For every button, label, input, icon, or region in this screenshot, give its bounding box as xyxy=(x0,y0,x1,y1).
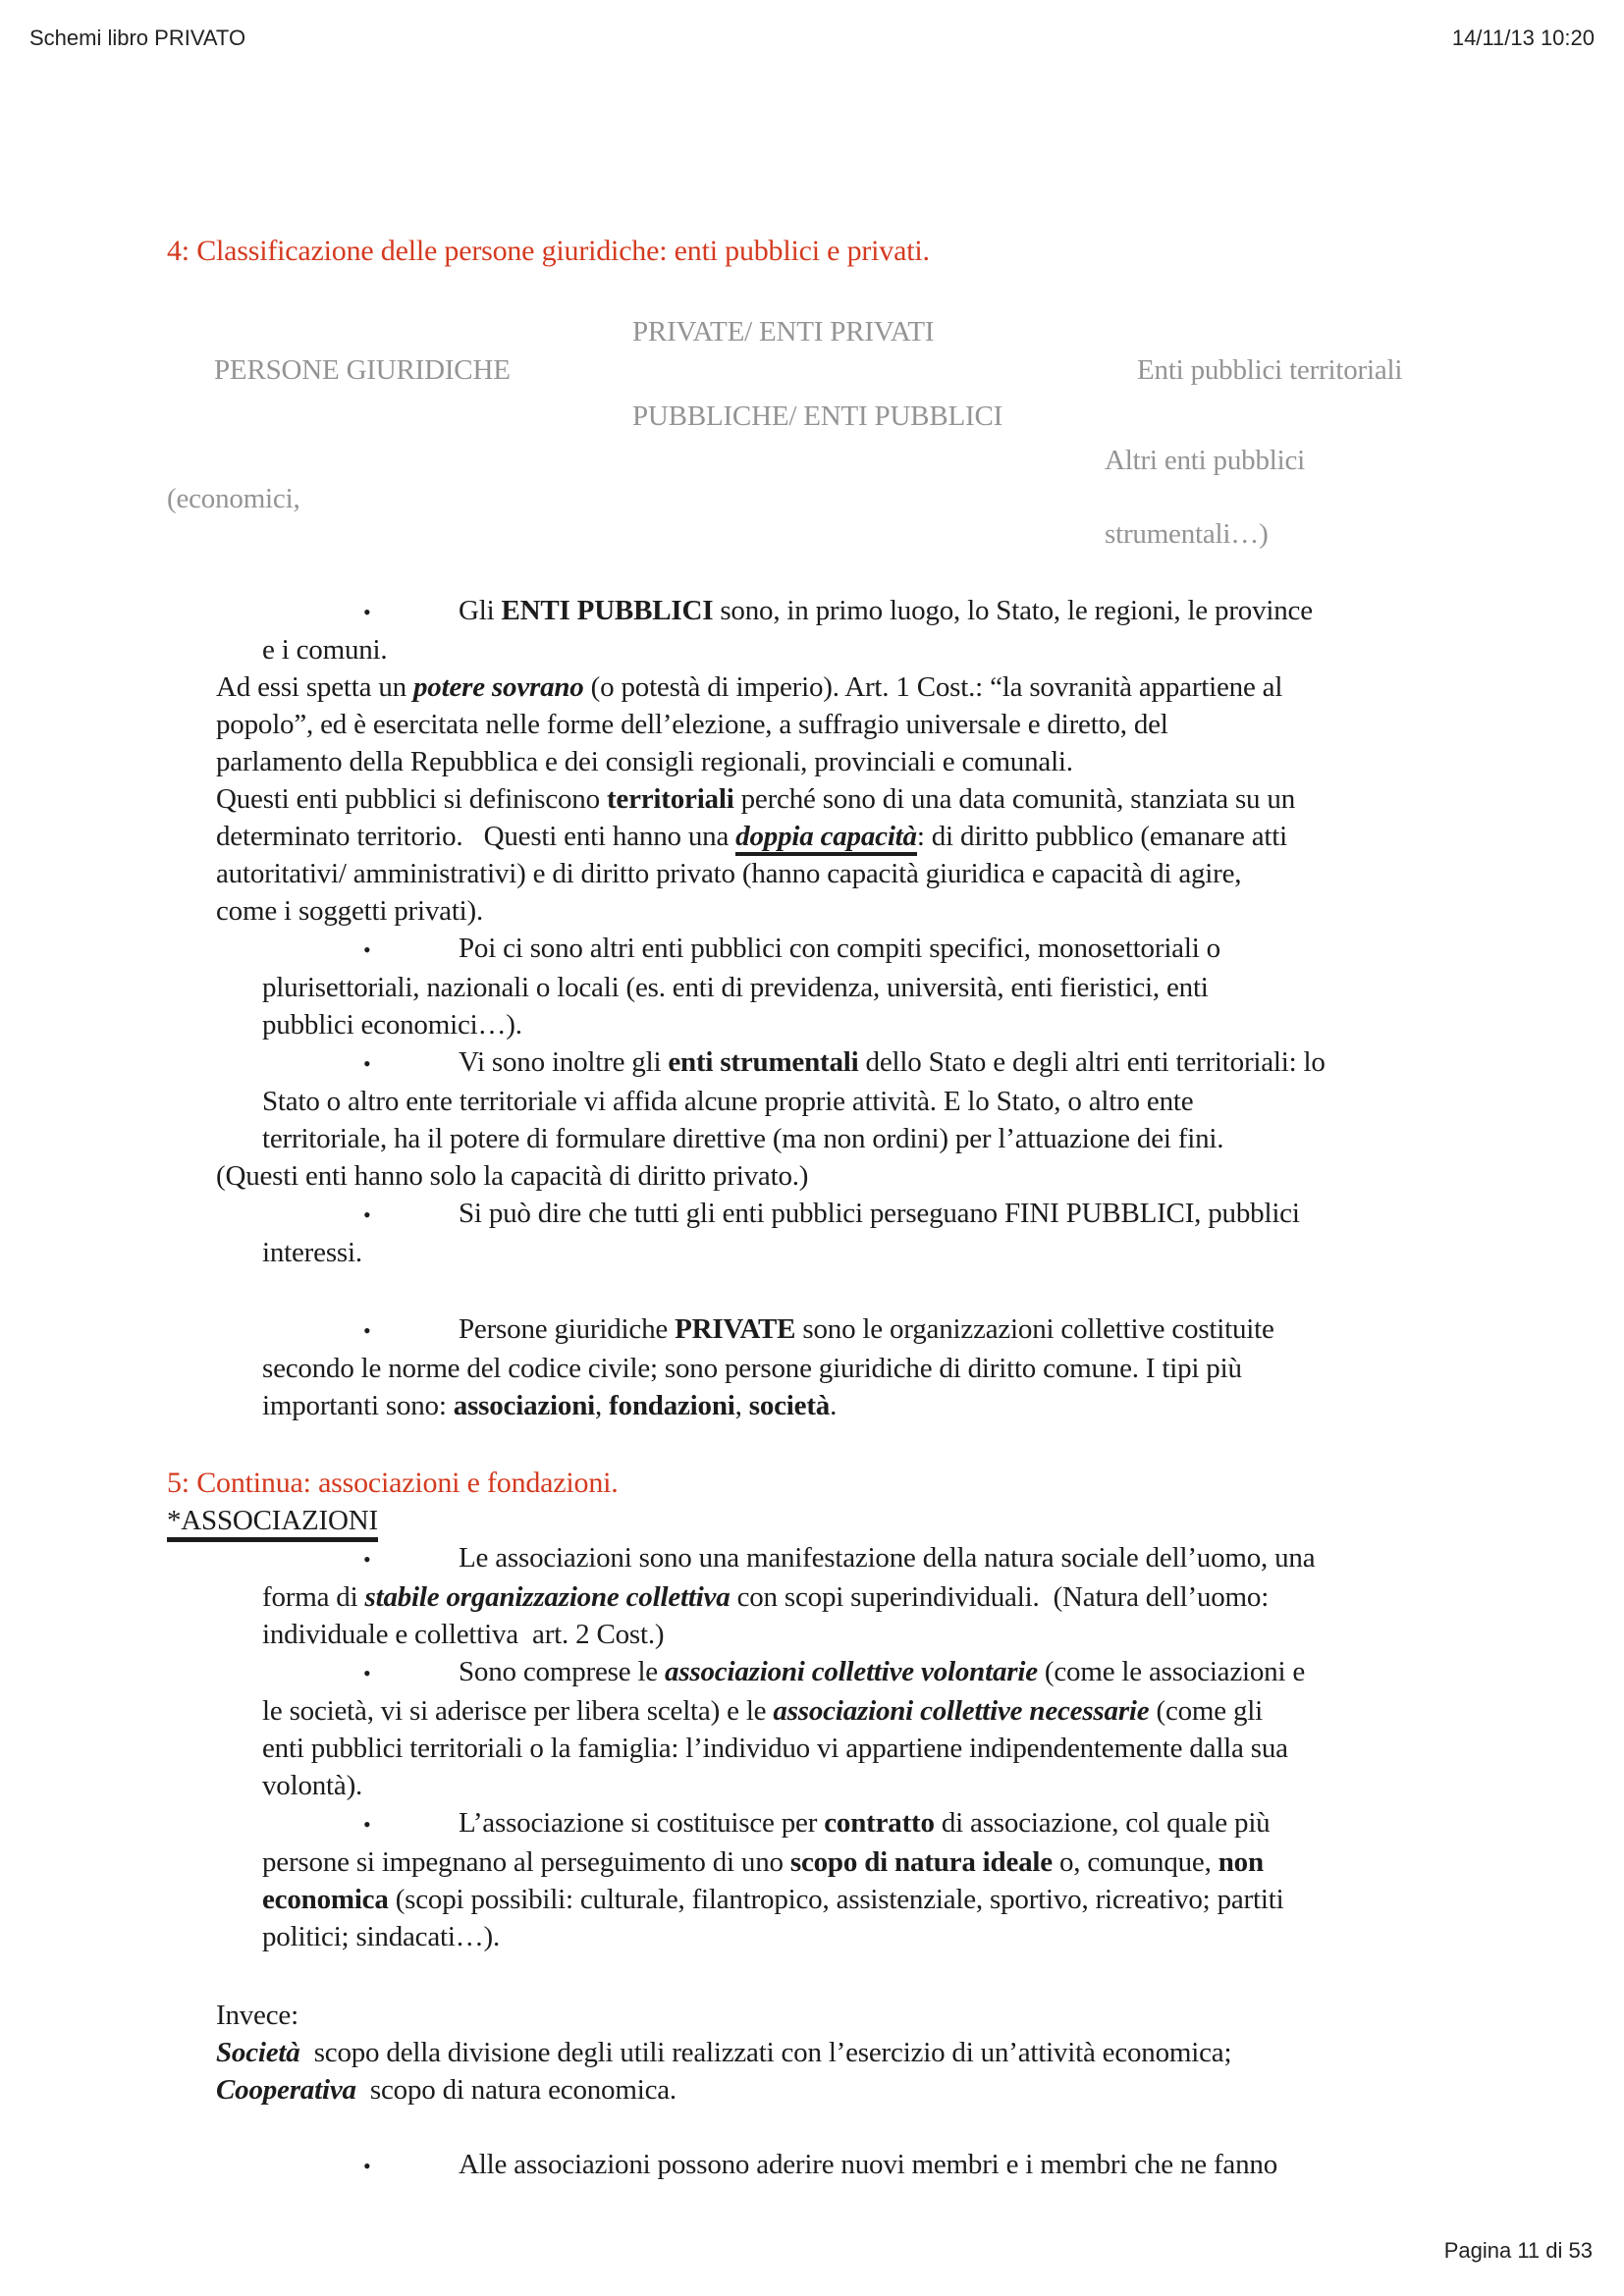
text-run: Stato o altro ente territoriale vi affid… xyxy=(262,1086,1193,1117)
text-run: L’associazione si costituisce per xyxy=(459,1807,824,1839)
text-line: enti pubblici territoriali o la famiglia… xyxy=(262,1730,1492,1767)
text-run: società xyxy=(749,1390,830,1421)
text-run: (come gli xyxy=(1149,1695,1263,1727)
text-run: le società, vi si aderisce per libera sc… xyxy=(262,1695,773,1727)
document-body: •Gli ENTI PUBBLICI sono, in primo luogo,… xyxy=(167,592,1492,2185)
diagram-label-strumentali: strumentali…) xyxy=(1105,518,1269,551)
text-run: di associazione, col quale più xyxy=(935,1807,1271,1839)
text-run: Vi sono inoltre gli xyxy=(459,1046,668,1078)
diagram-label-persone-giuridiche: PERSONE GIURIDICHE xyxy=(214,354,511,387)
text-run: (Questi enti hanno solo la capacità di d… xyxy=(216,1160,808,1192)
text-run: importanti sono: xyxy=(262,1390,454,1421)
text-run: Sono comprese le xyxy=(459,1656,665,1687)
text-run: doppia capacità xyxy=(735,821,917,856)
bullet-icon: • xyxy=(262,932,459,969)
text-run: enti strumentali xyxy=(668,1046,858,1078)
text-line: Cooperativa scopo di natura economica. xyxy=(216,2071,1492,2109)
bullet-icon: • xyxy=(262,1045,459,1083)
diagram-label-altri-enti: Altri enti pubblici xyxy=(1105,445,1305,477)
text-run: autoritativi/ amministrativi) e di dirit… xyxy=(216,858,1241,889)
bullet-icon: • xyxy=(262,1541,459,1578)
text-run: scopo di natura economica. xyxy=(356,2074,677,2106)
text-run: e i comuni. xyxy=(262,634,387,666)
subheading-text: *ASSOCIAZIONI xyxy=(167,1505,378,1542)
text-run: popolo”, ed è esercitata nelle forme del… xyxy=(216,709,1168,740)
text-run: non xyxy=(1218,1846,1264,1878)
bullet-line: •Gli ENTI PUBBLICI sono, in primo luogo,… xyxy=(262,592,1492,631)
text-run: territoriale, ha il potere di formulare … xyxy=(262,1123,1223,1154)
subheading-underlined: *ASSOCIAZIONI xyxy=(167,1502,1492,1539)
bullet-line: •Persone giuridiche PRIVATE sono le orga… xyxy=(262,1310,1492,1350)
bullet-line: •Le associazioni sono una manifestazione… xyxy=(262,1539,1492,1578)
text-line: politici; sindacati…). xyxy=(262,1918,1492,1955)
text-line: interessi. xyxy=(262,1234,1492,1271)
text-run: Poi ci sono altri enti pubblici con comp… xyxy=(459,933,1220,964)
page-content: 4: Classificazione delle persone giuridi… xyxy=(167,234,1492,2185)
text-line: (Questi enti hanno solo la capacità di d… xyxy=(216,1157,1492,1195)
text-line: importanti sono: associazioni, fondazion… xyxy=(262,1387,1492,1424)
text-run: 5: Continua: associazioni e fondazioni. xyxy=(167,1467,619,1499)
text-run: territoriali xyxy=(607,783,734,815)
text-line: persone si impegnano al perseguimento di… xyxy=(262,1843,1492,1881)
text-run: associazioni xyxy=(454,1390,595,1421)
text-run: determinato territorio. Questi enti hann… xyxy=(216,821,735,852)
text-run: , xyxy=(595,1390,609,1421)
text-run: sono, in primo luogo, lo Stato, le regio… xyxy=(713,595,1313,626)
diagram-label-pubbliche: PUBBLICHE/ ENTI PUBBLICI xyxy=(632,400,1002,433)
text-run: Ad essi spetta un xyxy=(216,671,413,703)
text-run: o, comunque, xyxy=(1053,1846,1218,1878)
text-run: ENTI PUBBLICI xyxy=(502,595,714,626)
text-line: economica (scopi possibili: culturale, f… xyxy=(262,1881,1492,1918)
section4-heading: 4: Classificazione delle persone giuridi… xyxy=(167,234,1492,269)
text-run: forma di xyxy=(262,1581,365,1613)
text-run: (scopi possibili: culturale, filantropic… xyxy=(389,1884,1284,1915)
document-title: Schemi libro PRIVATO xyxy=(29,26,245,51)
text-run: (o potestà di imperio). Art. 1 Cost.: “l… xyxy=(584,671,1283,703)
text-line: determinato territorio. Questi enti hann… xyxy=(216,818,1492,855)
text-run: Si può dire che tutti gli enti pubblici … xyxy=(459,1198,1300,1229)
diagram-label-private: PRIVATE/ ENTI PRIVATI xyxy=(632,316,934,348)
text-line: parlamento della Repubblica e dei consig… xyxy=(216,743,1492,780)
text-run: come i soggetti privati). xyxy=(216,895,483,927)
text-run: associazioni collettive necessarie xyxy=(773,1695,1149,1727)
bullet-line: •Si può dire che tutti gli enti pubblici… xyxy=(262,1195,1492,1234)
bullet-icon: • xyxy=(262,2148,459,2185)
text-run: *ASSOCIAZIONI xyxy=(167,1505,378,1536)
text-run: sono le organizzazioni collettive costit… xyxy=(795,1313,1273,1345)
text-run: con scopi superindividuali. (Natura dell… xyxy=(731,1581,1270,1613)
text-run: pubblici economici…). xyxy=(262,1009,522,1041)
bullet-icon: • xyxy=(262,1197,459,1234)
text-run: (come le associazioni e xyxy=(1038,1656,1305,1687)
text-line: le società, vi si aderisce per libera sc… xyxy=(262,1692,1492,1730)
section-heading: 5: Continua: associazioni e fondazioni. xyxy=(167,1465,1492,1502)
text-run: scopo di natura ideale xyxy=(790,1846,1053,1878)
text-line: autoritativi/ amministrativi) e di dirit… xyxy=(216,855,1492,892)
text-run: contratto xyxy=(824,1807,935,1839)
text-line: e i comuni. xyxy=(262,631,1492,668)
text-run: potere sovrano xyxy=(413,671,584,703)
text-line: popolo”, ed è esercitata nelle forme del… xyxy=(216,706,1492,743)
bullet-line: •Sono comprese le associazioni collettiv… xyxy=(262,1653,1492,1692)
diagram-label-enti-territoriali: Enti pubblici territoriali xyxy=(1137,354,1402,387)
text-line: forma di stabile organizzazione colletti… xyxy=(262,1578,1492,1616)
text-line: individuale e collettiva art. 2 Cost.) xyxy=(262,1616,1492,1653)
classification-diagram: PRIVATE/ ENTI PRIVATI PERSONE GIURIDICHE… xyxy=(167,316,1492,592)
text-line: Stato o altro ente territoriale vi affid… xyxy=(262,1083,1492,1120)
text-run: dello Stato e degli altri enti territori… xyxy=(859,1046,1326,1078)
diagram-label-economici: (economici, xyxy=(167,483,300,515)
text-line: Società scopo della divisione degli util… xyxy=(216,2034,1492,2071)
text-run: associazioni collettive volontarie xyxy=(665,1656,1038,1687)
text-run: volontà). xyxy=(262,1770,362,1801)
text-run: stabile organizzazione collettiva xyxy=(365,1581,731,1613)
text-run: persone si impegnano al perseguimento di… xyxy=(262,1846,790,1878)
text-run: Persone giuridiche xyxy=(459,1313,675,1345)
document-page: { "page": {"width": 1654, "height": 2339… xyxy=(0,0,1624,2296)
text-run: enti pubblici territoriali o la famiglia… xyxy=(262,1733,1288,1764)
bullet-line: •Vi sono inoltre gli enti strumentali de… xyxy=(262,1043,1492,1083)
bullet-line: •Poi ci sono altri enti pubblici con com… xyxy=(262,930,1492,969)
text-run: : di diritto pubblico (emanare atti xyxy=(917,821,1287,852)
text-run: PRIVATE xyxy=(675,1313,795,1345)
bullet-line: •L’associazione si costituisce per contr… xyxy=(262,1804,1492,1843)
text-line: Questi enti pubblici si definiscono terr… xyxy=(216,780,1492,818)
text-line: secondo le norme del codice civile; sono… xyxy=(262,1350,1492,1387)
text-run: interessi. xyxy=(262,1237,362,1268)
text-run: Invece: xyxy=(216,2000,298,2031)
bullet-icon: • xyxy=(262,1806,459,1843)
text-run: plurisettoriali, nazionali o locali (es.… xyxy=(262,972,1209,1003)
text-run: perché sono di una data comunità, stanzi… xyxy=(734,783,1295,815)
text-line: come i soggetti privati). xyxy=(216,892,1492,930)
text-run: scopo della divisione degli utili realiz… xyxy=(300,2037,1232,2068)
header-datetime: 14/11/13 10:20 xyxy=(1452,26,1595,51)
bullet-icon: • xyxy=(262,1312,459,1350)
text-run: . xyxy=(830,1390,837,1421)
text-run: secondo le norme del codice civile; sono… xyxy=(262,1353,1242,1384)
text-run: Questi enti pubblici si definiscono xyxy=(216,783,607,815)
text-run: Società xyxy=(216,2037,300,2068)
text-run: Cooperativa xyxy=(216,2074,356,2106)
text-run: fondazioni xyxy=(609,1390,735,1421)
page-number: Pagina 11 di 53 xyxy=(1444,2238,1593,2264)
text-line: pubblici economici…). xyxy=(262,1006,1492,1043)
text-run: Alle associazioni possono aderire nuovi … xyxy=(459,2149,1277,2180)
bullet-line: •Alle associazioni possono aderire nuovi… xyxy=(262,2146,1492,2185)
text-run: politici; sindacati…). xyxy=(262,1921,500,1952)
text-line: plurisettoriali, nazionali o locali (es.… xyxy=(262,969,1492,1006)
text-line: volontà). xyxy=(262,1767,1492,1804)
text-run: , xyxy=(735,1390,749,1421)
text-run: parlamento della Repubblica e dei consig… xyxy=(216,746,1073,777)
text-line: Invece: xyxy=(216,1997,1492,2034)
bullet-icon: • xyxy=(262,1655,459,1692)
text-run: Le associazioni sono una manifestazione … xyxy=(459,1542,1315,1574)
text-run: Gli xyxy=(459,595,502,626)
text-line: territoriale, ha il potere di formulare … xyxy=(262,1120,1492,1157)
text-run: individuale e collettiva art. 2 Cost.) xyxy=(262,1619,664,1650)
text-run: economica xyxy=(262,1884,389,1915)
text-line: Ad essi spetta un potere sovrano (o pote… xyxy=(216,668,1492,706)
bullet-icon: • xyxy=(262,594,459,631)
